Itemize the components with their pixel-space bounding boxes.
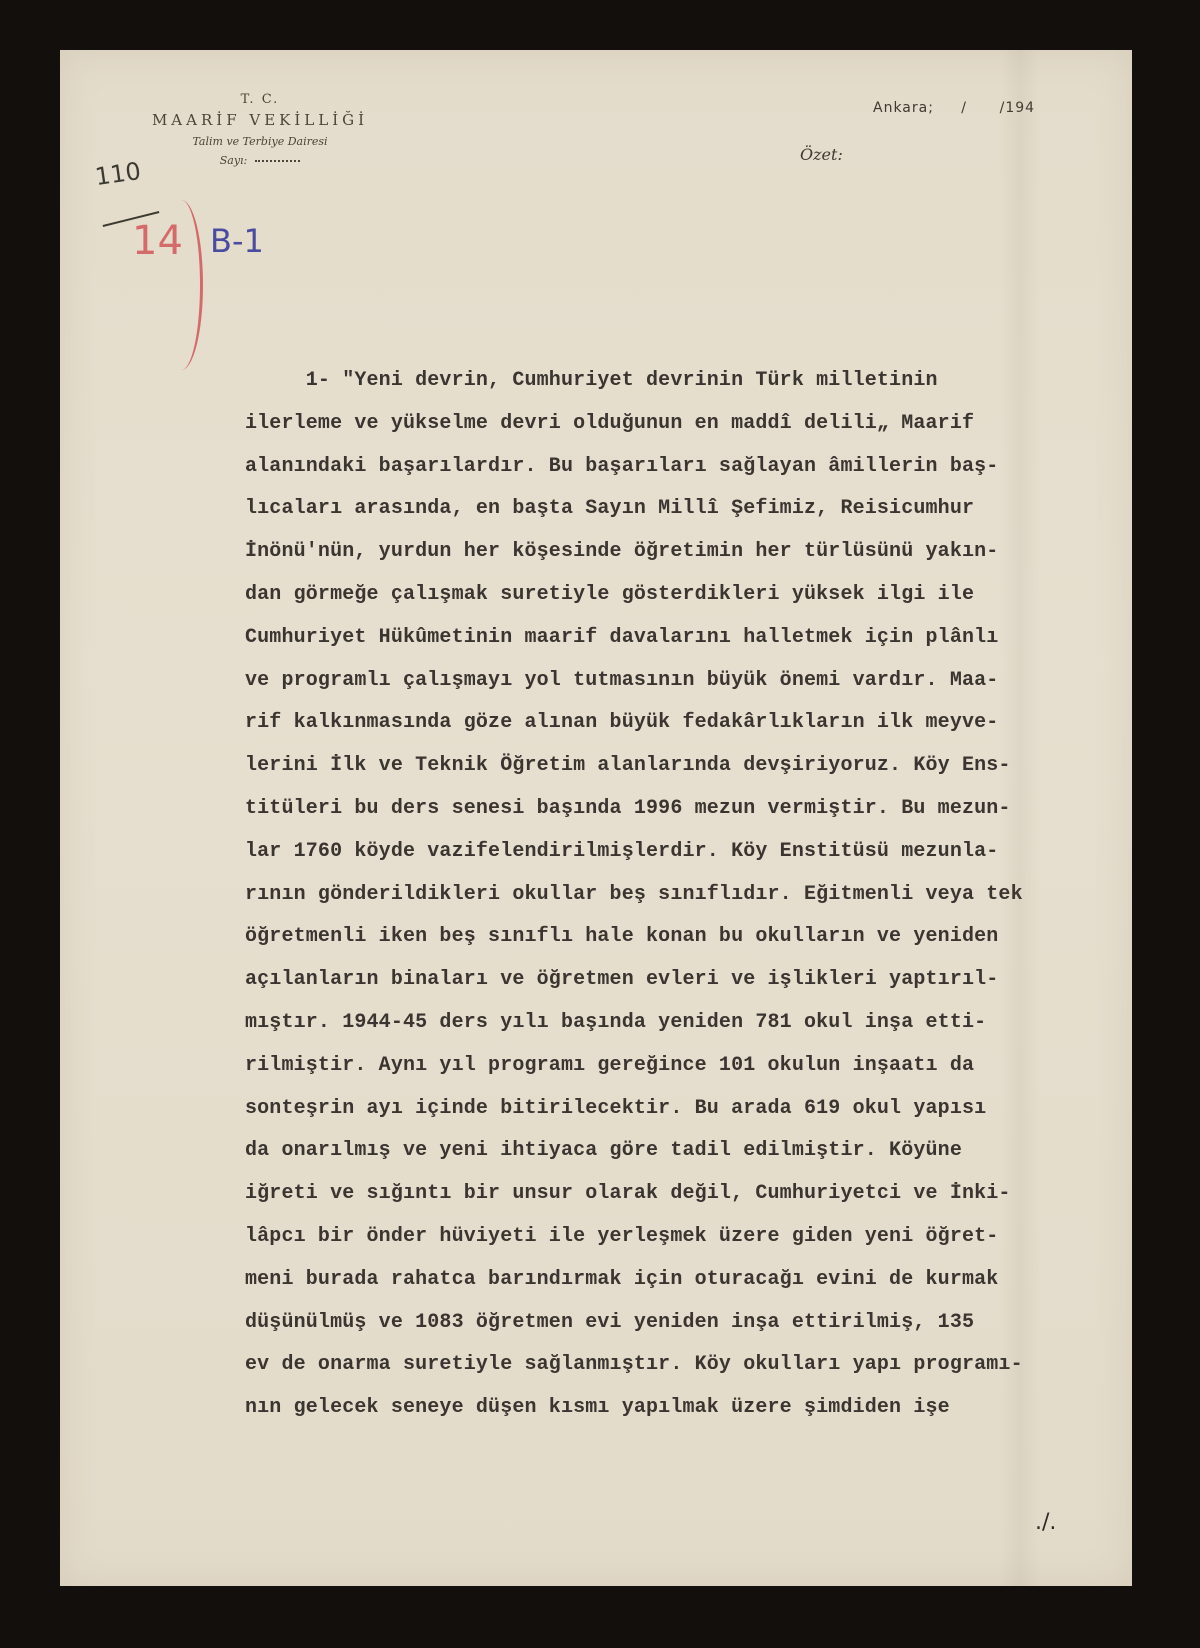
text-line: 1- "Yeni devrin, Cumhuriyet devrinin Tür… xyxy=(245,360,1115,403)
document-page: T. C. MAARİF VEKİLLİĞİ Talim ve Terbiye … xyxy=(60,50,1132,1586)
letterhead-country: T. C. xyxy=(130,92,390,107)
text-line: meni burada rahatca barındırmak için otu… xyxy=(245,1259,1115,1302)
handwritten-parenthesis xyxy=(160,200,203,370)
text-line: iğreti ve sığıntı bir unsur olarak değil… xyxy=(245,1173,1115,1216)
handwritten-code: B-1 xyxy=(210,222,264,260)
text-line: lıcaları arasında, en başta Sayın Millî … xyxy=(245,488,1115,531)
text-line: da onarılmış ve yeni ihtiyaca göre tadil… xyxy=(245,1130,1115,1173)
continuation-mark: ./. xyxy=(1035,1510,1056,1535)
text-line: rilmiştir. Aynı yıl programı gereğince 1… xyxy=(245,1045,1115,1088)
text-line: ve programlı çalışmayı yol tutmasının bü… xyxy=(245,660,1115,703)
text-line: ev de onarma suretiyle sağlanmıştır. Köy… xyxy=(245,1344,1115,1387)
text-line: lar 1760 köyde vazifelendirilmişlerdir. … xyxy=(245,831,1115,874)
text-line: nın gelecek seneye düşen kısmı yapılmak … xyxy=(245,1387,1115,1430)
text-line: lerini İlk ve Teknik Öğretim alanlarında… xyxy=(245,745,1115,788)
text-line: rif kalkınmasında göze alınan büyük feda… xyxy=(245,702,1115,745)
text-line: alanındaki başarılardır. Bu başarıları s… xyxy=(245,446,1115,489)
text-line: mıştır. 1944-45 ders yılı başında yenide… xyxy=(245,1002,1115,1045)
handwritten-number-110: 110 xyxy=(93,157,142,191)
text-line: rının gönderildikleri okullar beş sınıfl… xyxy=(245,874,1115,917)
text-line: düşünülmüş ve 1083 öğretmen evi yeniden … xyxy=(245,1302,1115,1345)
text-line: ilerleme ve yükselme devri olduğunun en … xyxy=(245,403,1115,446)
text-line: dan görmeğe çalışmak suretiyle gösterdik… xyxy=(245,574,1115,617)
text-line: açılanların binaları ve öğretmen evleri … xyxy=(245,959,1115,1002)
letterhead-sayi: Sayı: xyxy=(130,154,390,167)
text-line: öğretmenli iken beş sınıflı hale konan b… xyxy=(245,916,1115,959)
sayi-blank-line xyxy=(255,160,300,162)
letterhead-department: Talim ve Terbiye Dairesi xyxy=(130,135,390,148)
place-date: Ankara; / /194 xyxy=(873,100,1035,116)
sayi-label: Sayı: xyxy=(220,154,248,167)
letterhead: T. C. MAARİF VEKİLLİĞİ Talim ve Terbiye … xyxy=(130,92,390,167)
typed-body-text: 1- "Yeni devrin, Cumhuriyet devrinin Tür… xyxy=(245,360,1115,1430)
letterhead-ministry: MAARİF VEKİLLİĞİ xyxy=(130,111,390,129)
text-line: sonteşrin ayı içinde bitirilecektir. Bu … xyxy=(245,1088,1115,1131)
text-line: titüleri bu ders senesi başında 1996 mez… xyxy=(245,788,1115,831)
text-line: İnönü'nün, yurdun her köşesinde öğretimi… xyxy=(245,531,1115,574)
text-line: lâpcı bir önder hüviyeti ile yerleşmek ü… xyxy=(245,1216,1115,1259)
text-line: Cumhuriyet Hükûmetinin maarif davalarını… xyxy=(245,617,1115,660)
ozet-label: Özet: xyxy=(800,145,843,164)
